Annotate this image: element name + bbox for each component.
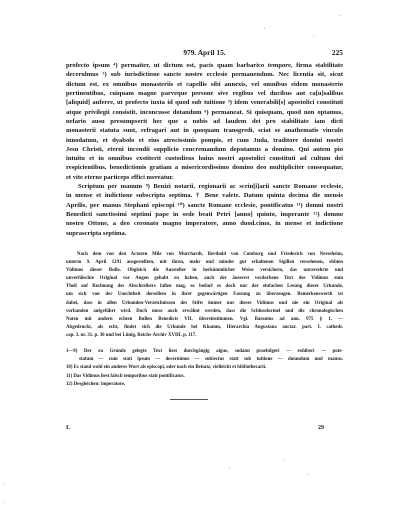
text-line: Scriptum per manum ⁹) Benizi notarii, re… bbox=[66, 182, 343, 191]
charter-date-heading: 979. April 15. bbox=[66, 48, 343, 57]
footnote-line: 1—9) Der zu Grunde gelegte Text liest du… bbox=[66, 348, 343, 356]
scan-speck bbox=[4, 502, 5, 503]
commentary-line: Abgedruckt, als echt, findet sich die Ur… bbox=[66, 324, 343, 332]
footnote-line: 10) Es stand wohl ein anderes Wort als e… bbox=[66, 364, 343, 372]
commentary-line: Theil auf Rechnung des Abschreibers fall… bbox=[66, 283, 343, 291]
text-line: Benedicti sanctissimi septimi pape in se… bbox=[66, 210, 343, 219]
scan-speck bbox=[283, 459, 284, 460]
scan-speck bbox=[340, 15, 341, 16]
text-line: monasterii statuta sunt, refragari aut i… bbox=[66, 126, 343, 135]
commentary-line: um sich von der Unechtheit derselben in … bbox=[66, 291, 343, 299]
text-line: profecto ipsum ⁴) permaiter, ut dictum e… bbox=[66, 61, 343, 70]
commentary-line: dabei, dass in allen Urkunden-Verzeichni… bbox=[66, 300, 343, 308]
page-number: 225 bbox=[332, 48, 343, 57]
text-line: respicientibus, benedictionis gratiam a … bbox=[66, 163, 343, 172]
commentary-line: unterm 9. April 1291 ausgestellten, mit … bbox=[66, 259, 343, 267]
commentary-line: cap. 3. nr. 31. p. 30 und bei Lünig, Rei… bbox=[66, 332, 343, 340]
text-line: Jesu Christi, eterni incendii supplicio … bbox=[66, 145, 343, 154]
footnote-line: 11) Das Vidimus liest falsch temporibus … bbox=[66, 373, 343, 381]
commentary-line: Noten mit andern echten Bullen Benedicts… bbox=[66, 316, 343, 324]
text-line: et vite eterne particeps effici mereatur… bbox=[66, 173, 343, 182]
text-line: suprascripta septima. bbox=[66, 229, 343, 238]
commentary-line: Nach dem von den Actoren Mile von Murrha… bbox=[66, 251, 343, 259]
document-page: 979. April 15. 225 profecto ipsum ⁴) per… bbox=[0, 0, 396, 512]
section-divider bbox=[170, 399, 208, 400]
signature-mark: I. bbox=[66, 425, 70, 431]
charter-text: profecto ipsum ⁴) permaiter, ut dictum e… bbox=[66, 61, 343, 238]
text-line: in mense et indictione subscripta septim… bbox=[66, 191, 343, 200]
text-line: dictum est, ex omnibus monasteriis et ca… bbox=[66, 80, 343, 89]
footnote-line: statum — cum stati ipsum — decernimus — … bbox=[66, 356, 343, 364]
signature-number: 29 bbox=[318, 425, 324, 431]
text-line: innodatum, et dyabolo et eius atrocissim… bbox=[66, 136, 343, 145]
text-line: [aliquid] auferre, ut profecto iuxta id … bbox=[66, 98, 343, 107]
scan-speck bbox=[4, 483, 5, 484]
scan-speck bbox=[308, 474, 309, 475]
text-line: pertinentibus, cuiquam magne parveque pe… bbox=[66, 89, 343, 98]
text-line: Aprilis, per manus Stephani episcopi ¹⁰)… bbox=[66, 201, 343, 210]
text-line: atque privilegii consistit, inconcusse d… bbox=[66, 108, 343, 117]
scan-speck bbox=[313, 36, 314, 37]
editorial-commentary: Nach dem von den Actoren Mile von Murrha… bbox=[66, 251, 343, 340]
footnote-line: 12) Desgleichen: imperatore. bbox=[66, 381, 343, 389]
footnotes: 1—9) Der zu Grunde gelegte Text liest du… bbox=[66, 348, 343, 389]
text-line: nefario ausu presumpserit hec que a nobi… bbox=[66, 117, 343, 126]
text-line: nostro Ottone, a deo coronato magno impe… bbox=[66, 219, 343, 228]
commentary-line: Vidimus dieser Bulle. Obgleich die Ausst… bbox=[66, 267, 343, 275]
commentary-line: unverfälschte Original vor Augen gehabt … bbox=[66, 275, 343, 283]
scan-speck bbox=[229, 468, 230, 469]
running-head: 979. April 15. 225 bbox=[66, 48, 343, 58]
scan-speck bbox=[264, 28, 265, 29]
text-line: decerulmus ⁵) sub iurisdictione sancte n… bbox=[66, 70, 343, 79]
commentary-line: vorhanden aufgeführt wird. Doch muss auc… bbox=[66, 308, 343, 316]
text-line: intuitu et in omnibus exstiterit custodi… bbox=[66, 154, 343, 163]
